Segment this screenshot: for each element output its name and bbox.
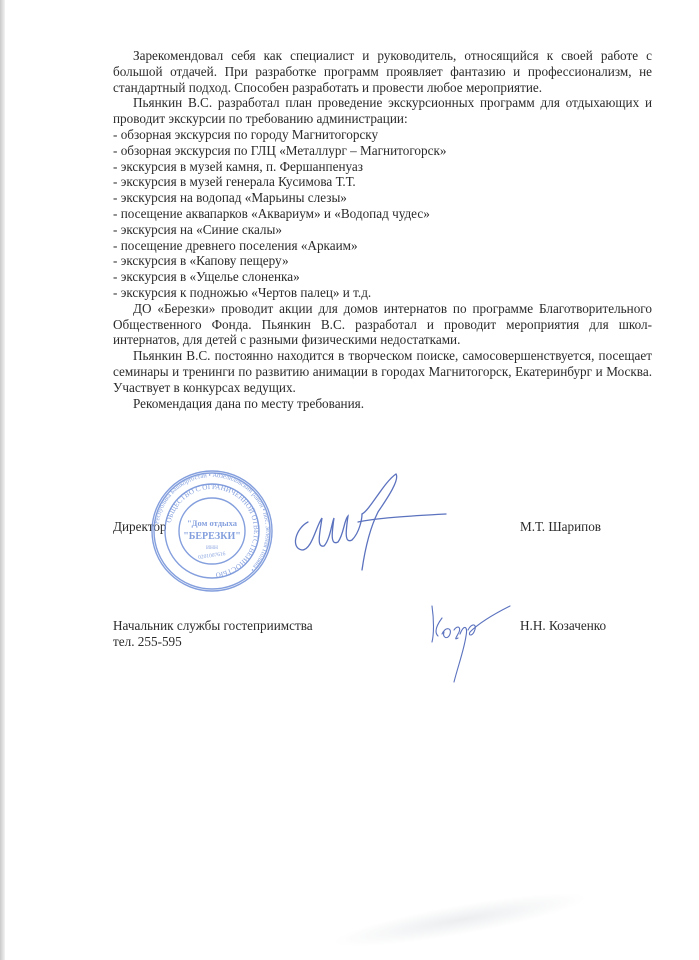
scan-edge [0, 0, 5, 960]
director-name: М.Т. Шарипов [520, 519, 601, 535]
svg-text:"Дом отдыха: "Дом отдыха [187, 518, 238, 528]
hospitality-name: Н.Н. Козаченко [520, 618, 606, 634]
paragraph-charity: ДО «Березки» проводит акции для домов ин… [113, 301, 652, 348]
paragraph-development: Пьянкин В.С. постоянно находится в творч… [113, 348, 652, 395]
company-stamp-icon: Республика Башкортостан • Абзелиловский … [150, 469, 274, 593]
paragraph-excursions-intro: Пьянкин В.С. разработал план проведение … [113, 95, 652, 127]
list-item: - экскурсия на «Синие скалы» [113, 222, 652, 238]
list-item: - экскурсия к подножью «Чертов палец» и … [113, 285, 652, 301]
svg-text:ИНН: ИНН [206, 545, 218, 551]
list-item: - экскурсия в «Ущелье слоненка» [113, 269, 652, 285]
hospitality-signature-icon [424, 600, 514, 690]
hospitality-role: Начальник службы гостеприимства [113, 618, 313, 634]
excursion-list: - обзорная экскурсия по городу Магнитого… [113, 127, 652, 301]
hospitality-phone: тел. 255-595 [113, 634, 182, 650]
list-item: - обзорная экскурсия по ГЛЦ «Металлург –… [113, 143, 652, 159]
list-item: - экскурсия в «Капову пещеру» [113, 253, 652, 269]
list-item: - экскурсия на водопад «Марьины слезы» [113, 190, 652, 206]
scan-smudge [329, 883, 590, 958]
list-item: - посещение аквапарков «Аквариум» и «Вод… [113, 206, 652, 222]
list-item: - посещение древнего поселения «Аркаим» [113, 238, 652, 254]
director-signature-icon [278, 470, 448, 580]
letter-body: Зарекомендовал себя как специалист и рук… [113, 48, 652, 411]
list-item: - экскурсия в музей камня, п. Фершанпену… [113, 159, 652, 175]
svg-text:"БЕРЕЗКИ": "БЕРЕЗКИ" [183, 531, 241, 542]
svg-text:0201007616: 0201007616 [198, 551, 226, 561]
paragraph-qualities: Зарекомендовал себя как специалист и рук… [113, 48, 652, 95]
paragraph-closing: Рекомендация дана по месту требования. [113, 396, 652, 412]
list-item: - экскурсия в музей генерала Кусимова Т.… [113, 174, 652, 190]
list-item: - обзорная экскурсия по городу Магнитого… [113, 127, 652, 143]
